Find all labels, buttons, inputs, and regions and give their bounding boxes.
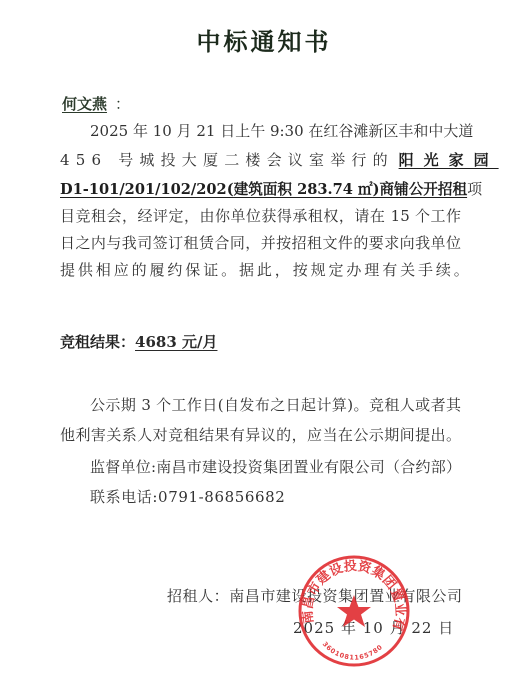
project-name-part-1: 阳光家园 [399, 151, 499, 169]
salutation-colon: ： [115, 95, 130, 113]
recipient-name: 何文燕 [62, 95, 115, 113]
paragraph-1-line-5: 日之内与我司签订租赁合同，并按招租文件的要求向我单位 [60, 234, 461, 252]
notice-line-2: 他利害关系人对竞租结果有异议的，应当在公示期间提出。 [60, 426, 461, 444]
bid-result-value: 4683 元/月 [135, 333, 227, 351]
company-seal-icon: 南昌市建设投资集团置业有限公司 3601081165780 [297, 553, 411, 669]
project-name-part-2: D1-101/201/102/202(建筑面积 283.74 ㎡)商铺公开招租 [60, 181, 467, 198]
contact-phone: 联系电话:0791-86856682 [90, 488, 285, 506]
supervisor-unit: 监督单位:南昌市建设投资集团置业有限公司（合约部） [90, 458, 461, 476]
paragraph-1-line-6: 提供相应的履约保证。据此，按规定办理有关手续。 [60, 261, 472, 279]
venue-text: 456 号城投大厦二楼会议室举行的 [60, 151, 394, 169]
paragraph-1-line-1: 2025 年 10 月 21 日上午 9:30 在红谷滩新区丰和中大道 [90, 122, 461, 140]
notice-line-1: 公示期 3 个工作日(自发布之日起计算)。竞租人或者其 [90, 396, 461, 414]
paragraph-1-line-4: 目竞租会，经评定，由你单位获得承租权，请在 15 个工作 [60, 207, 461, 225]
paragraph-1-line-3: D1-101/201/102/202(建筑面积 283.74 ㎡)商铺公开招租项 [60, 180, 461, 199]
bid-result: 竞租结果：4683 元/月 [60, 331, 227, 352]
star-icon [337, 595, 371, 627]
bid-result-label: 竞租结果： [60, 333, 135, 351]
paragraph-1-line-2: 456 号城投大厦二楼会议室举行的 阳光家园 [60, 151, 461, 169]
page-title: 中标通知书 [0, 22, 528, 57]
salutation: 何文燕： [62, 93, 130, 114]
project-suffix: 项 [467, 180, 482, 198]
